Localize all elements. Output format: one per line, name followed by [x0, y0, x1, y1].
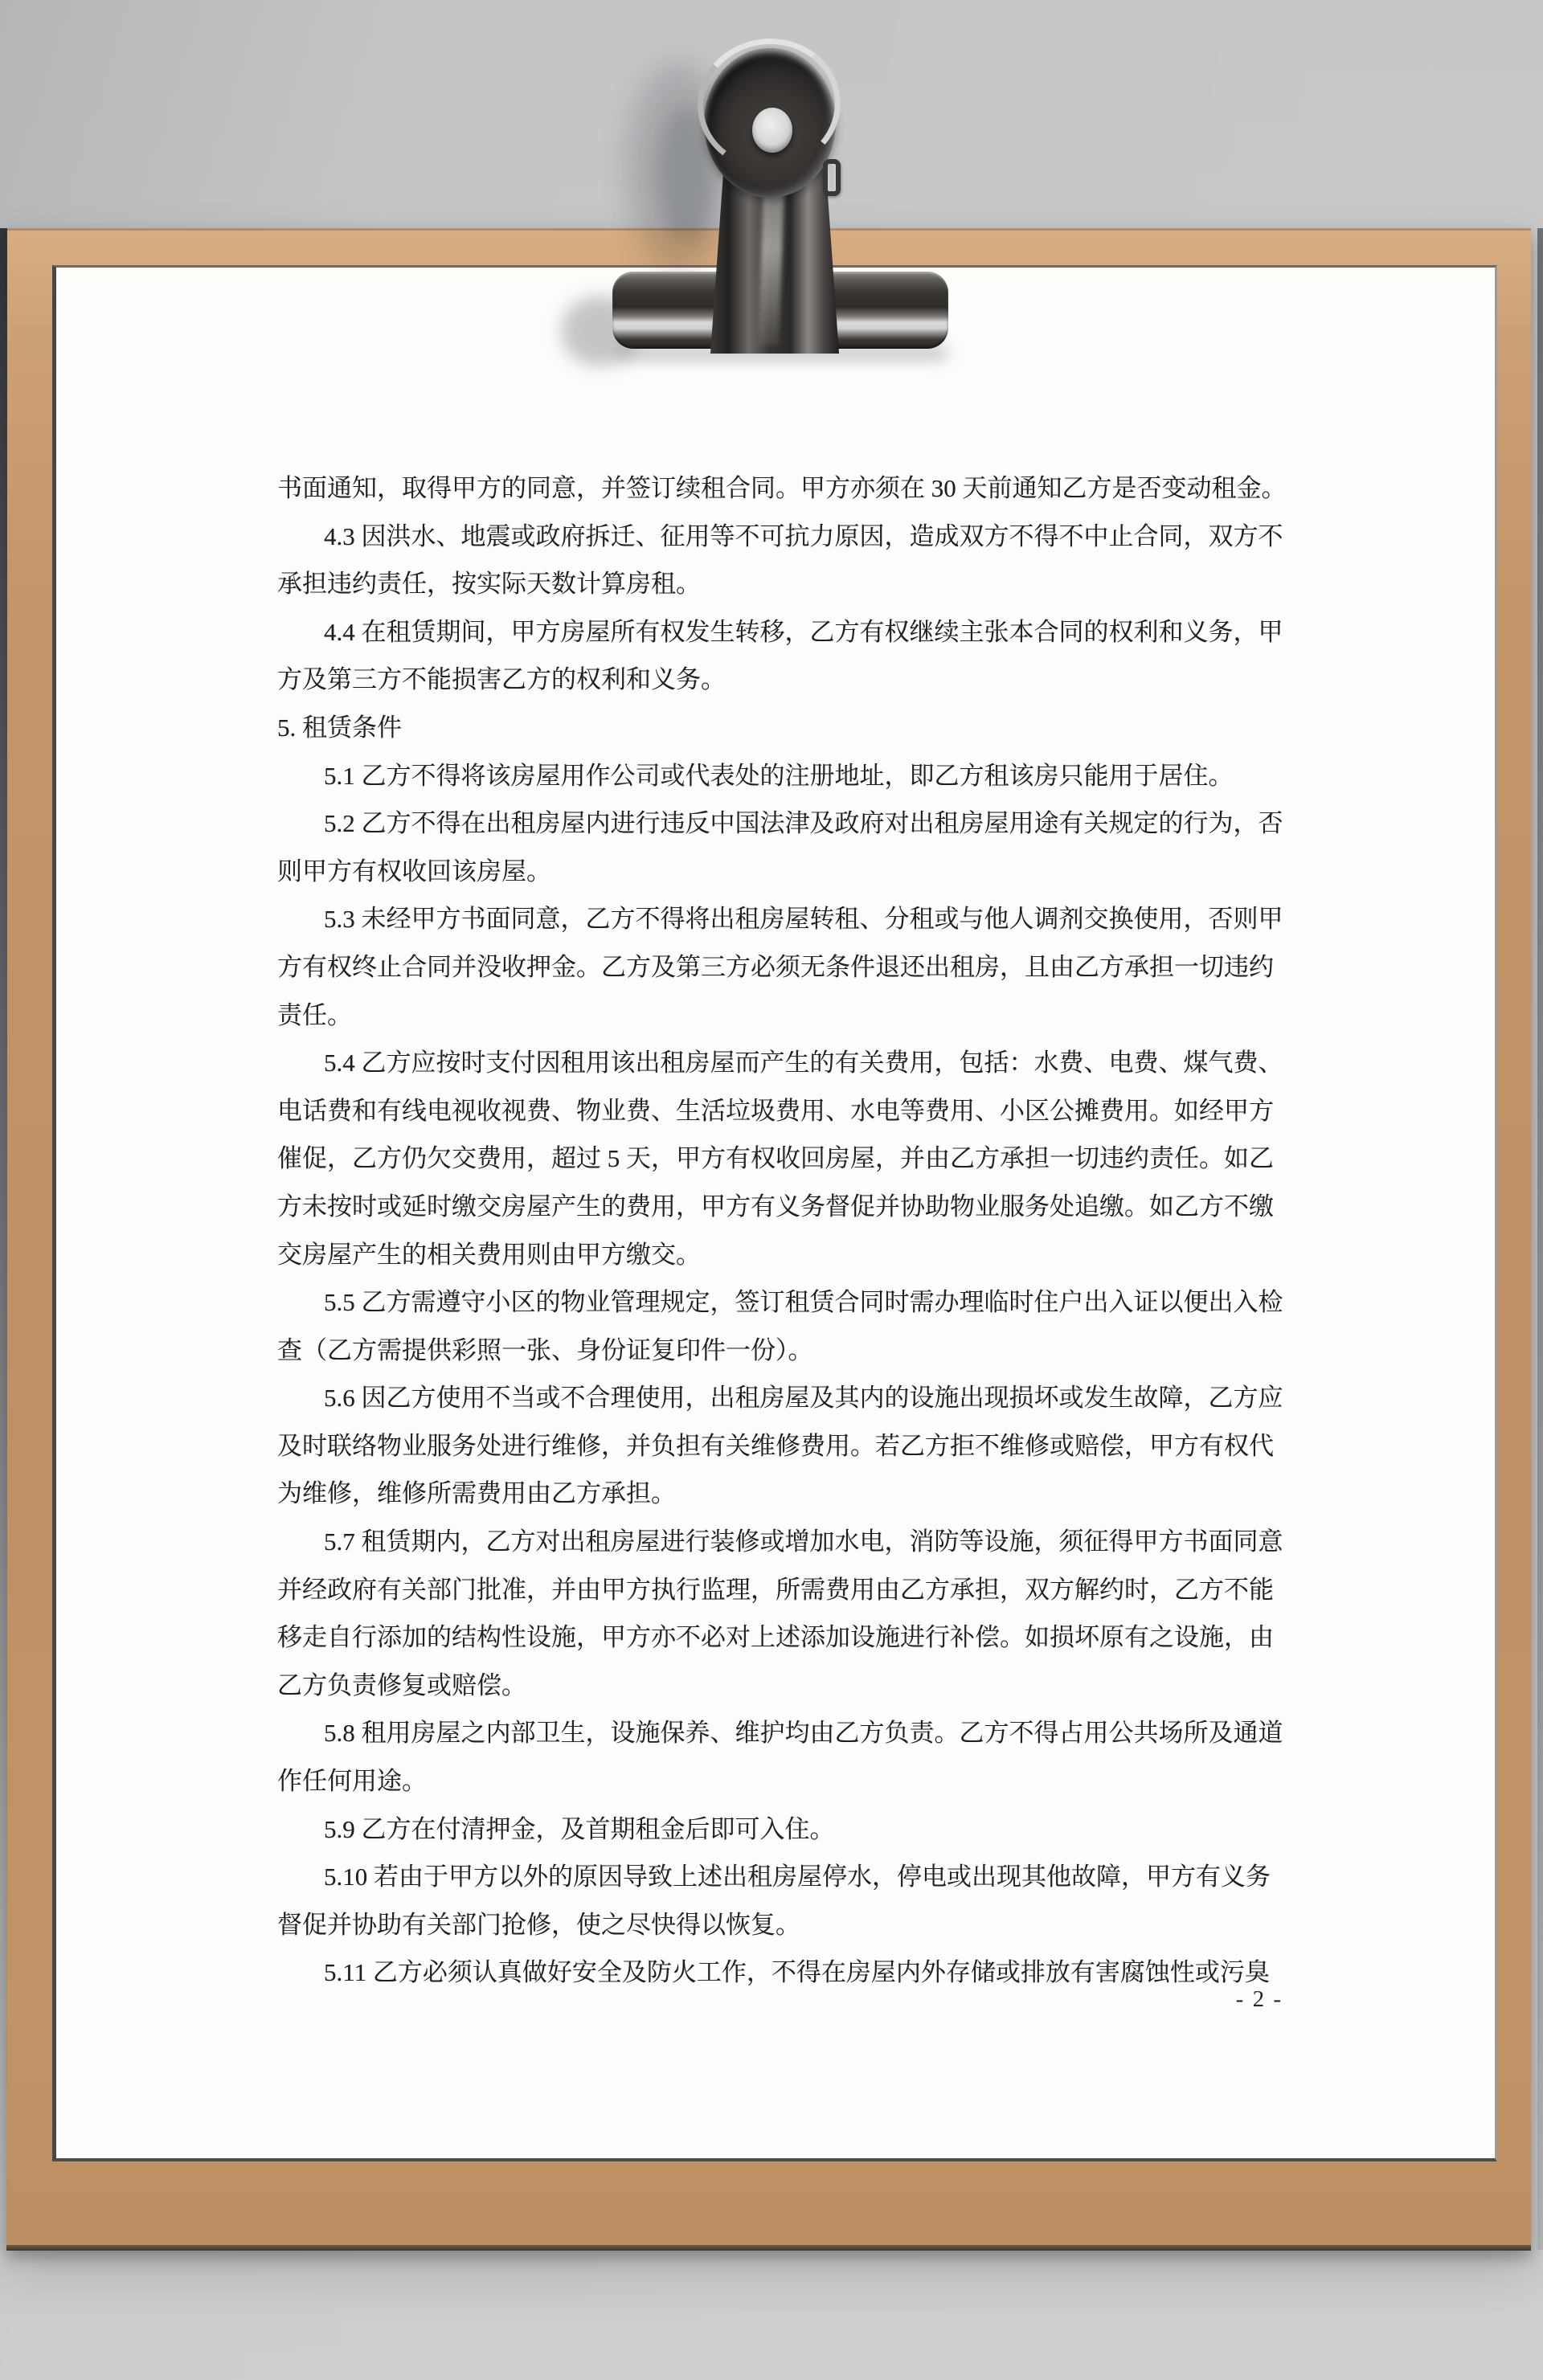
contract-line: 5.6 因乙方使用不当或不合理使用，出租房屋及其内的设施出现损坏或发生故障，乙方…	[277, 1374, 1298, 1422]
contract-line: 5.3 未经甲方书面同意，乙方不得将出租房屋转租、分租或与他人调剂交换使用，否则…	[277, 895, 1298, 943]
contract-line: 5.11 乙方必须认真做好安全及防火工作，不得在房屋内外存储或排放有害腐蚀性或污…	[277, 1949, 1298, 1997]
contract-line: 则甲方有权收回该房屋。	[277, 848, 1298, 896]
contract-line: 方未按时或延时缴交房屋产生的费用，甲方有义务督促并协助物业服务处追缴。如乙方不缴	[277, 1183, 1298, 1231]
contract-line: 查（乙方需提供彩照一张、身份证复印件一份）。	[277, 1327, 1298, 1375]
contract-line: 承担违约责任，按实际天数计算房租。	[277, 560, 1298, 608]
contract-line: 5.8 租用房屋之内部卫生，设施保养、维护均由乙方负责。乙方不得占用公共场所及通…	[277, 1709, 1298, 1757]
contract-line: 及时联络物业服务处进行维修，并负担有关维修费用。若乙方拒不维修或赔偿，甲方有权代	[277, 1422, 1298, 1470]
contract-line: 5. 租赁条件	[277, 704, 1298, 752]
contract-line: 移走自行添加的结构性设施，甲方亦不必对上述添加设施进行补偿。如损坏原有之设施，由	[277, 1613, 1298, 1662]
contract-line: 作任何用途。	[277, 1757, 1298, 1805]
clipboard-bottom-edge	[6, 2245, 1531, 2251]
clipboard-right-edge	[1537, 228, 1543, 2250]
contract-page: 书面通知，取得甲方的同意，并签订续租合同。甲方亦须在 30 天前通知乙方是否变动…	[52, 265, 1497, 2161]
contract-line: 乙方负责修复或赔偿。	[277, 1662, 1298, 1710]
contract-line: 5.9 乙方在付清押金，及首期租金后即可入住。	[277, 1805, 1298, 1854]
contract-line: 5.5 乙方需遵守小区的物业管理规定，签订租赁合同时需办理临时住户出入证以便出入…	[277, 1278, 1298, 1327]
binder-clip-latch	[823, 159, 841, 196]
clipboard-left-edge	[0, 228, 7, 2250]
contract-line: 4.4 在租赁期间，甲方房屋所有权发生转移，乙方有权继续主张本合同的权利和义务，…	[277, 608, 1298, 656]
contract-line: 方有权终止合同并没收押金。乙方及第三方必须无条件退还出租房，且由乙方承担一切违约	[277, 943, 1298, 992]
contract-line: 电话费和有线电视收视费、物业费、生活垃圾费用、水电等费用、小区公摊费用。如经甲方	[277, 1087, 1298, 1135]
contract-line: 5.2 乙方不得在出租房屋内进行违反中国法津及政府对出租房屋用途有关规定的行为，…	[277, 799, 1298, 848]
contract-line: 责任。	[277, 992, 1298, 1040]
contract-line: 5.1 乙方不得将该房屋用作公司或代表处的注册地址，即乙方租该房只能用于居住。	[277, 752, 1298, 800]
contract-line: 5.4 乙方应按时支付因租用该出租房屋而产生的有关费用，包括：水费、电费、煤气费…	[277, 1039, 1298, 1087]
contract-line: 督促并协助有关部门抢修，使之尽快得以恢复。	[277, 1901, 1298, 1949]
photo-scene: 书面通知，取得甲方的同意，并签订续租合同。甲方亦须在 30 天前通知乙方是否变动…	[0, 0, 1543, 2380]
contract-line: 并经政府有关部门批准，并由甲方执行监理，所需费用由乙方承担，双方解约时，乙方不能	[277, 1566, 1298, 1614]
contract-line: 5.10 若由于甲方以外的原因导致上述出租房屋停水，停电或出现其他故障，甲方有义…	[277, 1853, 1298, 1901]
contract-line: 为维修，维修所需费用由乙方承担。	[277, 1470, 1298, 1518]
contract-line: 书面通知，取得甲方的同意，并签订续租合同。甲方亦须在 30 天前通知乙方是否变动…	[277, 464, 1298, 513]
contract-line: 交房屋产生的相关费用则由甲方缴交。	[277, 1231, 1298, 1279]
contract-body: 书面通知，取得甲方的同意，并签订续租合同。甲方亦须在 30 天前通知乙方是否变动…	[277, 464, 1298, 1997]
contract-line: 4.3 因洪水、地震或政府拆迁、征用等不可抗力原因，造成双方不得不中止合同，双方…	[277, 513, 1298, 561]
contract-line: 方及第三方不能损害乙方的权利和义务。	[277, 656, 1298, 704]
binder-clip-hole	[752, 108, 792, 153]
contract-line: 5.7 租赁期内，乙方对出租房屋进行装修或增加水电，消防等设施，须征得甲方书面同…	[277, 1518, 1298, 1566]
page-number: - 2 -	[1236, 1986, 1283, 2013]
contract-line: 催促，乙方仍欠交费用，超过 5 天，甲方有权收回房屋，并由乙方承担一切违约责任。…	[277, 1135, 1298, 1183]
